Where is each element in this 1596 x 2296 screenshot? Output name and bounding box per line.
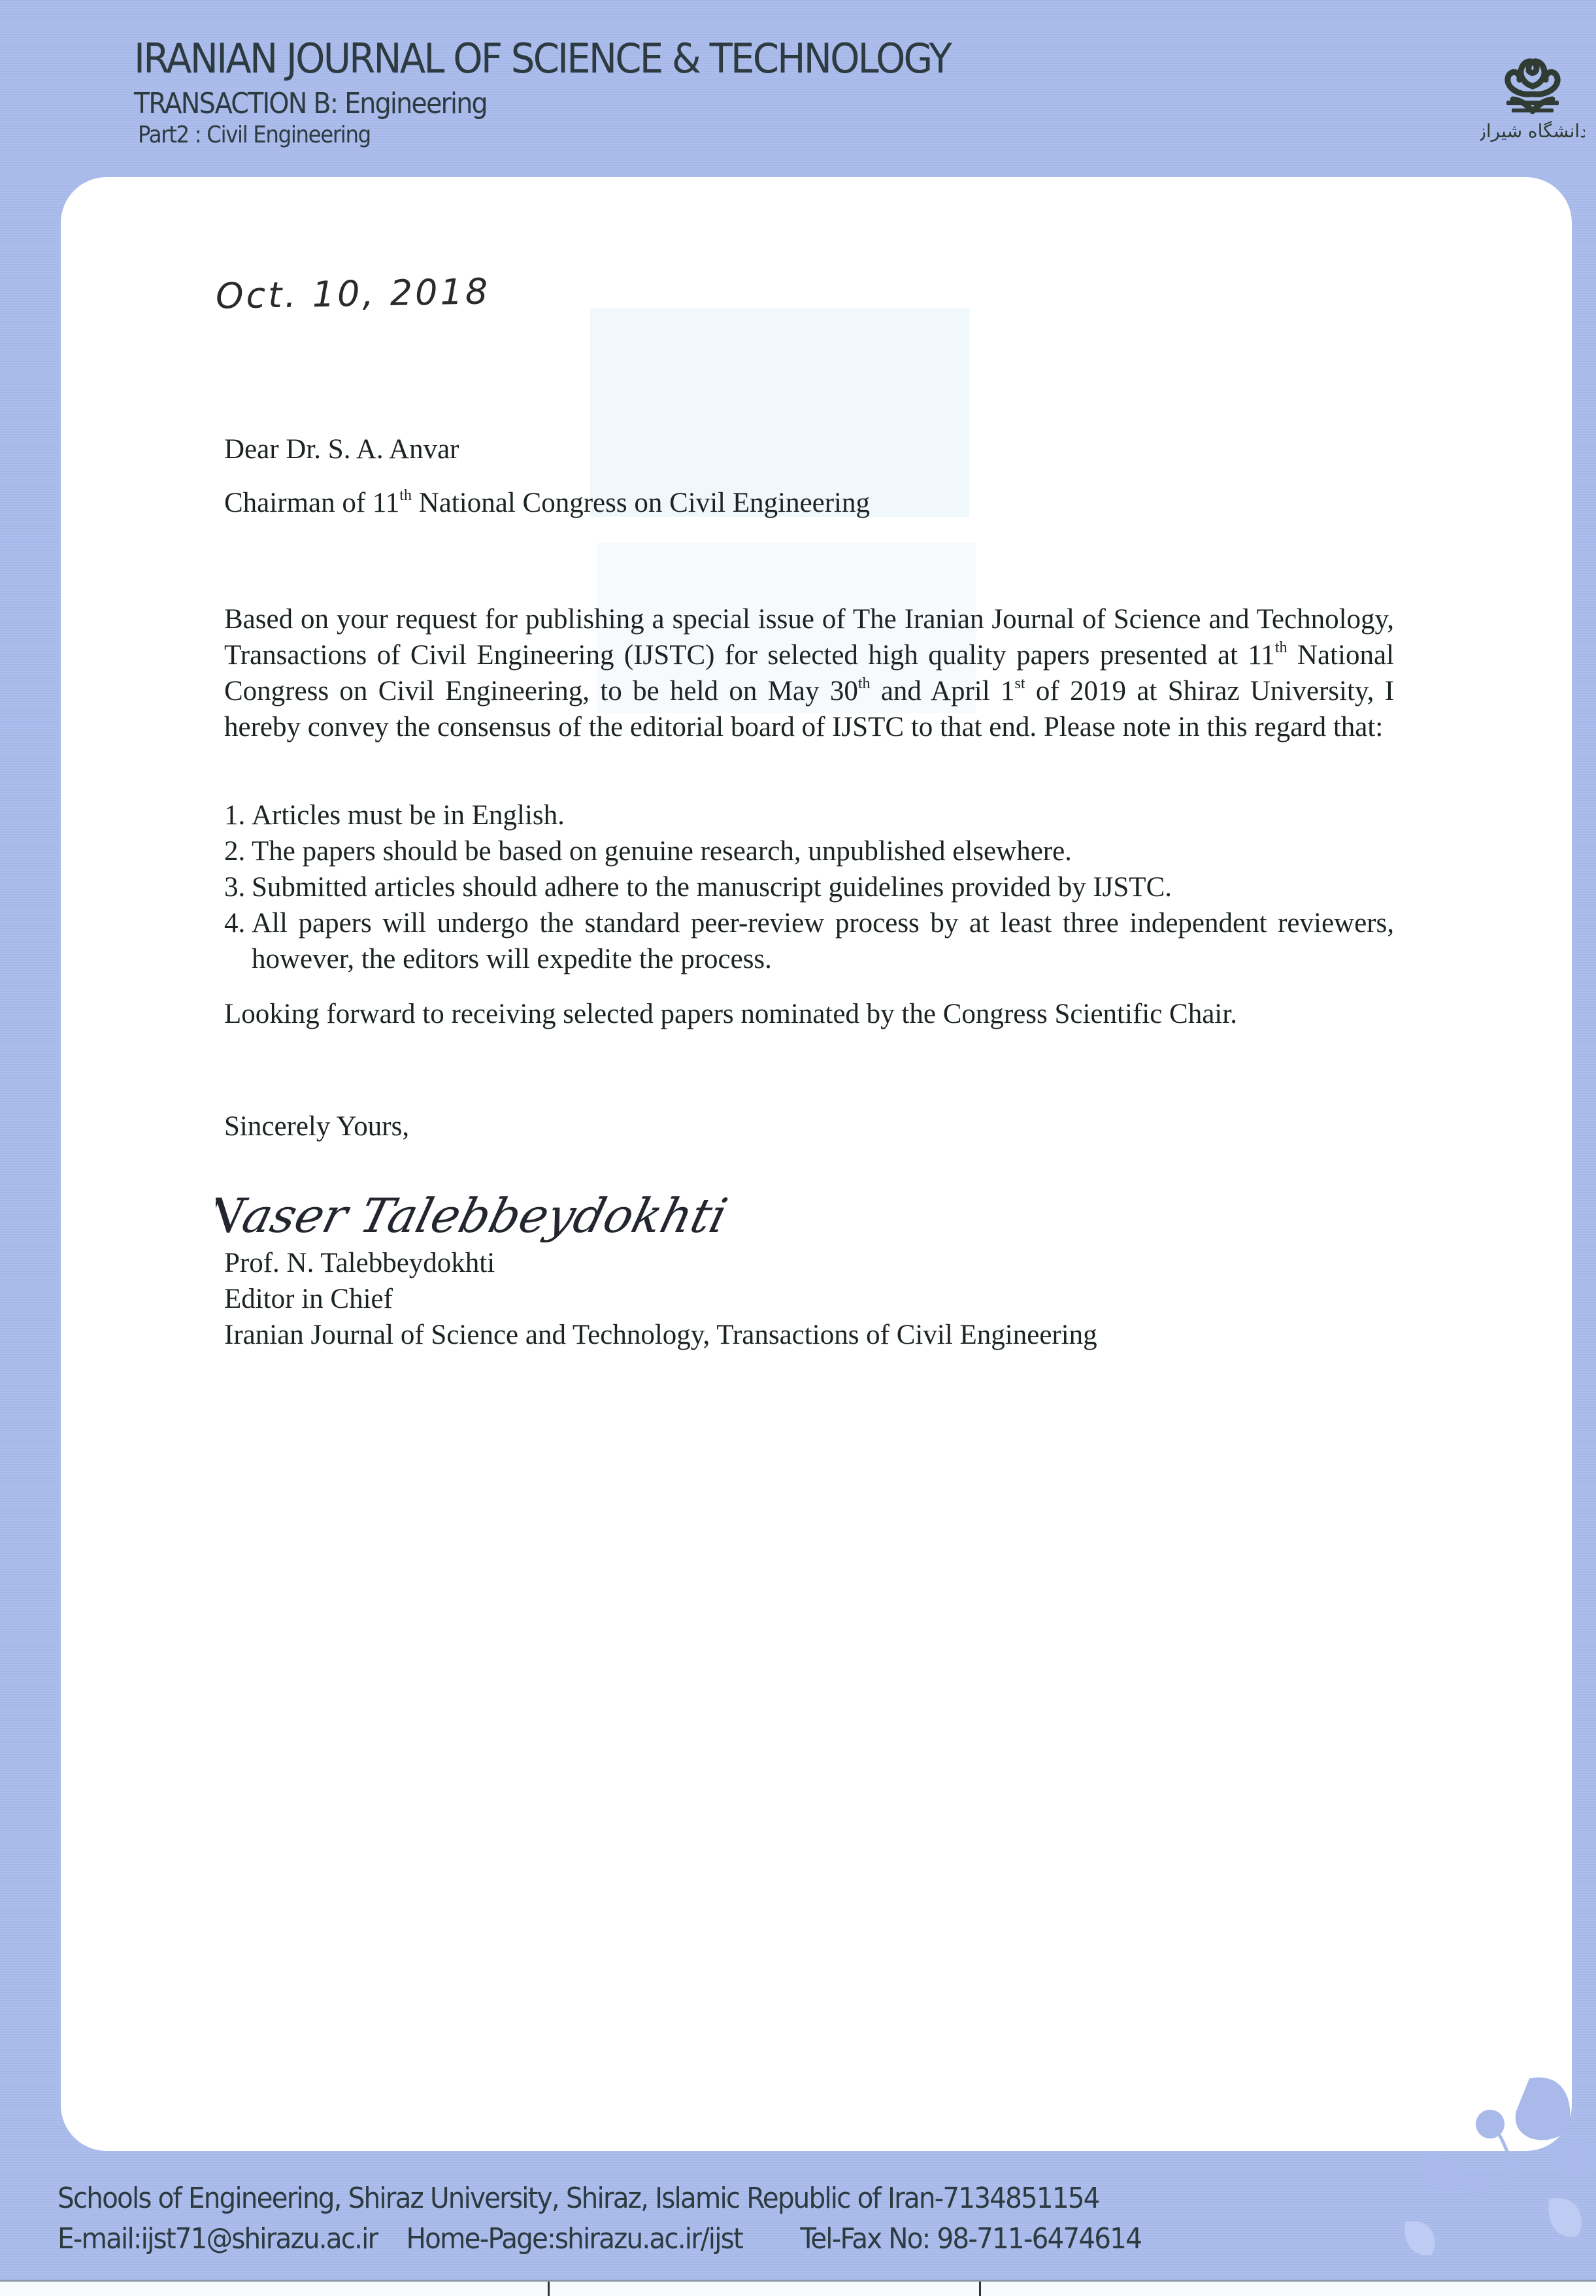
footer-contacts: E-mail:ijst71@shirazu.ac.irHome-Page:shi…: [58, 2219, 1170, 2259]
list-item: 2.The papers should be based on genuine …: [224, 833, 1394, 869]
footer-email: E-mail:ijst71@shirazu.ac.ir: [58, 2222, 377, 2255]
letterhead-header: IRANIAN JOURNAL OF SCIENCE & TECHNOLOGY …: [134, 36, 1012, 150]
salutation: Dear Dr. S. A. Anvar: [224, 431, 459, 467]
leaf-decoration-icon: [1379, 2059, 1596, 2274]
svg-text:دانشگاه شیراز: دانشگاه شیراز: [1480, 120, 1585, 142]
shiraz-university-logo-icon: دانشگاه شیراز: [1480, 46, 1585, 144]
transaction-label: TRANSACTION B: Engineering: [134, 87, 924, 121]
list-item: 4.All papers will undergo the standard p…: [224, 905, 1394, 977]
requirements-list: 1.Articles must be in English. 2.The pap…: [224, 797, 1394, 977]
svg-text:Naser Talebbeydokhti: Naser Talebbeydokhti: [216, 1189, 733, 1244]
closing-paragraph: Looking forward to receiving selected pa…: [224, 996, 1237, 1032]
footer-homepage: Home-Page:shirazu.ac.ir/ijst: [407, 2222, 742, 2255]
footer-address: Schools of Engineering, Shiraz Universit…: [58, 2178, 1170, 2219]
fold-line: [548, 2282, 550, 2296]
fold-line: [979, 2282, 981, 2296]
list-item: 1.Articles must be in English.: [224, 797, 1394, 833]
letter-date: Oct. 10, 2018: [215, 271, 490, 316]
body-paragraph: Based on your request for publishing a s…: [224, 601, 1394, 745]
signer-affiliation: Iranian Journal of Science and Technolog…: [224, 1317, 1097, 1353]
signer-role: Editor in Chief: [224, 1281, 1097, 1317]
part-label: Part2 : Civil Engineering: [138, 121, 924, 150]
footer-telfax: Tel-Fax No: 98-711-6474614: [800, 2222, 1141, 2255]
sign-off: Sincerely Yours,: [224, 1108, 409, 1144]
handwritten-signature: Naser Talebbeydokhti: [216, 1163, 739, 1255]
page-bottom-edge: [0, 2280, 1596, 2296]
letterhead-footer: Schools of Engineering, Shiraz Universit…: [58, 2178, 1267, 2259]
signer-block: Prof. N. Talebbeydokhti Editor in Chief …: [224, 1245, 1097, 1353]
signer-name: Prof. N. Talebbeydokhti: [224, 1245, 1097, 1281]
journal-title: IRANIAN JOURNAL OF SCIENCE & TECHNOLOGY: [134, 36, 950, 82]
list-item: 3.Submitted articles should adhere to th…: [224, 869, 1394, 905]
recipient-title: Chairman of 11th National Congress on Ci…: [224, 485, 870, 521]
